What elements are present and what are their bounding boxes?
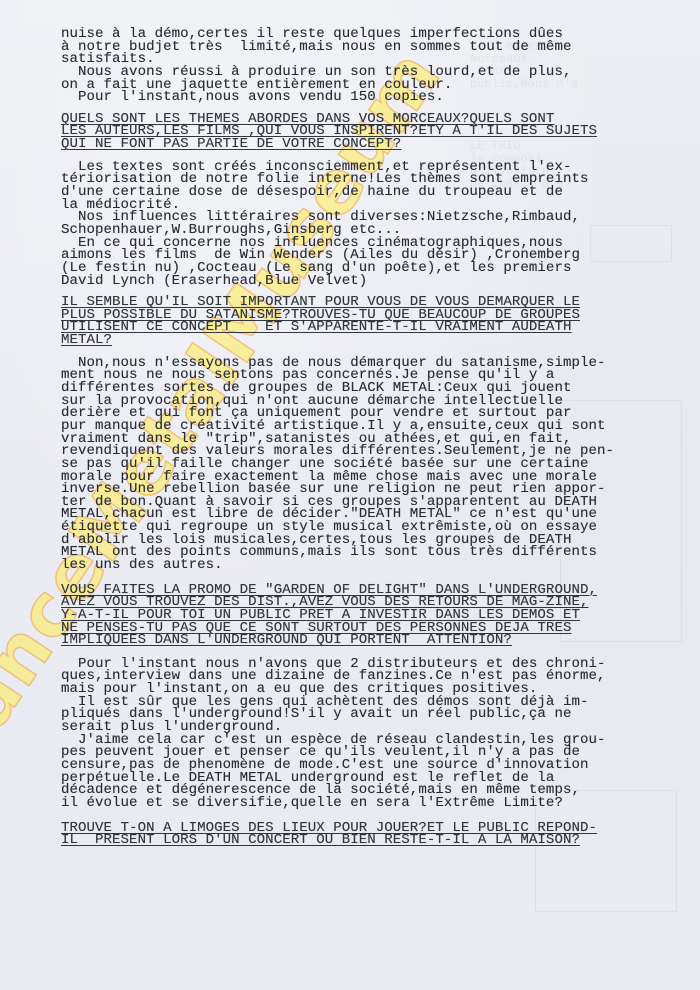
text-line: UTILISENT CE CONCEPT ET S'APPARENTE-T-IL…: [61, 321, 581, 334]
text-line: IL PRESENT LORS D'UN CONCERT OU BIEN RES…: [61, 834, 581, 847]
interview-text: nuise à la démo,certes il reste quelques…: [61, 28, 581, 847]
show-through-box: [590, 225, 672, 262]
interview-question: IL SEMBLE QU'IL SOIT IMPORTANT POUR VOUS…: [61, 296, 581, 347]
interview-question: VOUS FAITES LA PROMO DE "GARDEN OF DELIG…: [61, 584, 581, 647]
interview-answer: nuise à la démo,certes il reste quelques…: [61, 28, 581, 104]
text-line: Pour l'instant,nous avons vendu 150 copi…: [61, 91, 581, 104]
interview-answer: Les textes sont créés inconsciemment,et …: [61, 161, 581, 287]
text-line: IMPLIQUEES DANS L'UNDERGROUND QUI PORTEN…: [61, 634, 581, 647]
interview-question: TROUVE T-ON A LIMOGES DES LIEUX POUR JOU…: [61, 822, 581, 847]
interview-answer: Non,nous n'essayons pas de nous démarque…: [61, 357, 581, 572]
text-line: METAL?: [61, 334, 581, 347]
text-line: les uns des autres.: [61, 559, 581, 572]
interview-question: QUELS SONT LES THEMES ABORDES DANS VOS M…: [61, 113, 581, 151]
text-line: il évolue et se diversifie,quelle en ser…: [61, 797, 581, 810]
text-line: David Lynch (Eraserhead,Blue Velvet): [61, 275, 581, 288]
text-line: QUI NE FONT PAS PARTIE DE VOTRE CONCEPT?: [61, 138, 581, 151]
interview-answer: Pour l'instant nous n'avons que 2 distri…: [61, 658, 581, 810]
scanned-page: Le premier morceaux. Pour public,Nous n'…: [0, 0, 700, 990]
